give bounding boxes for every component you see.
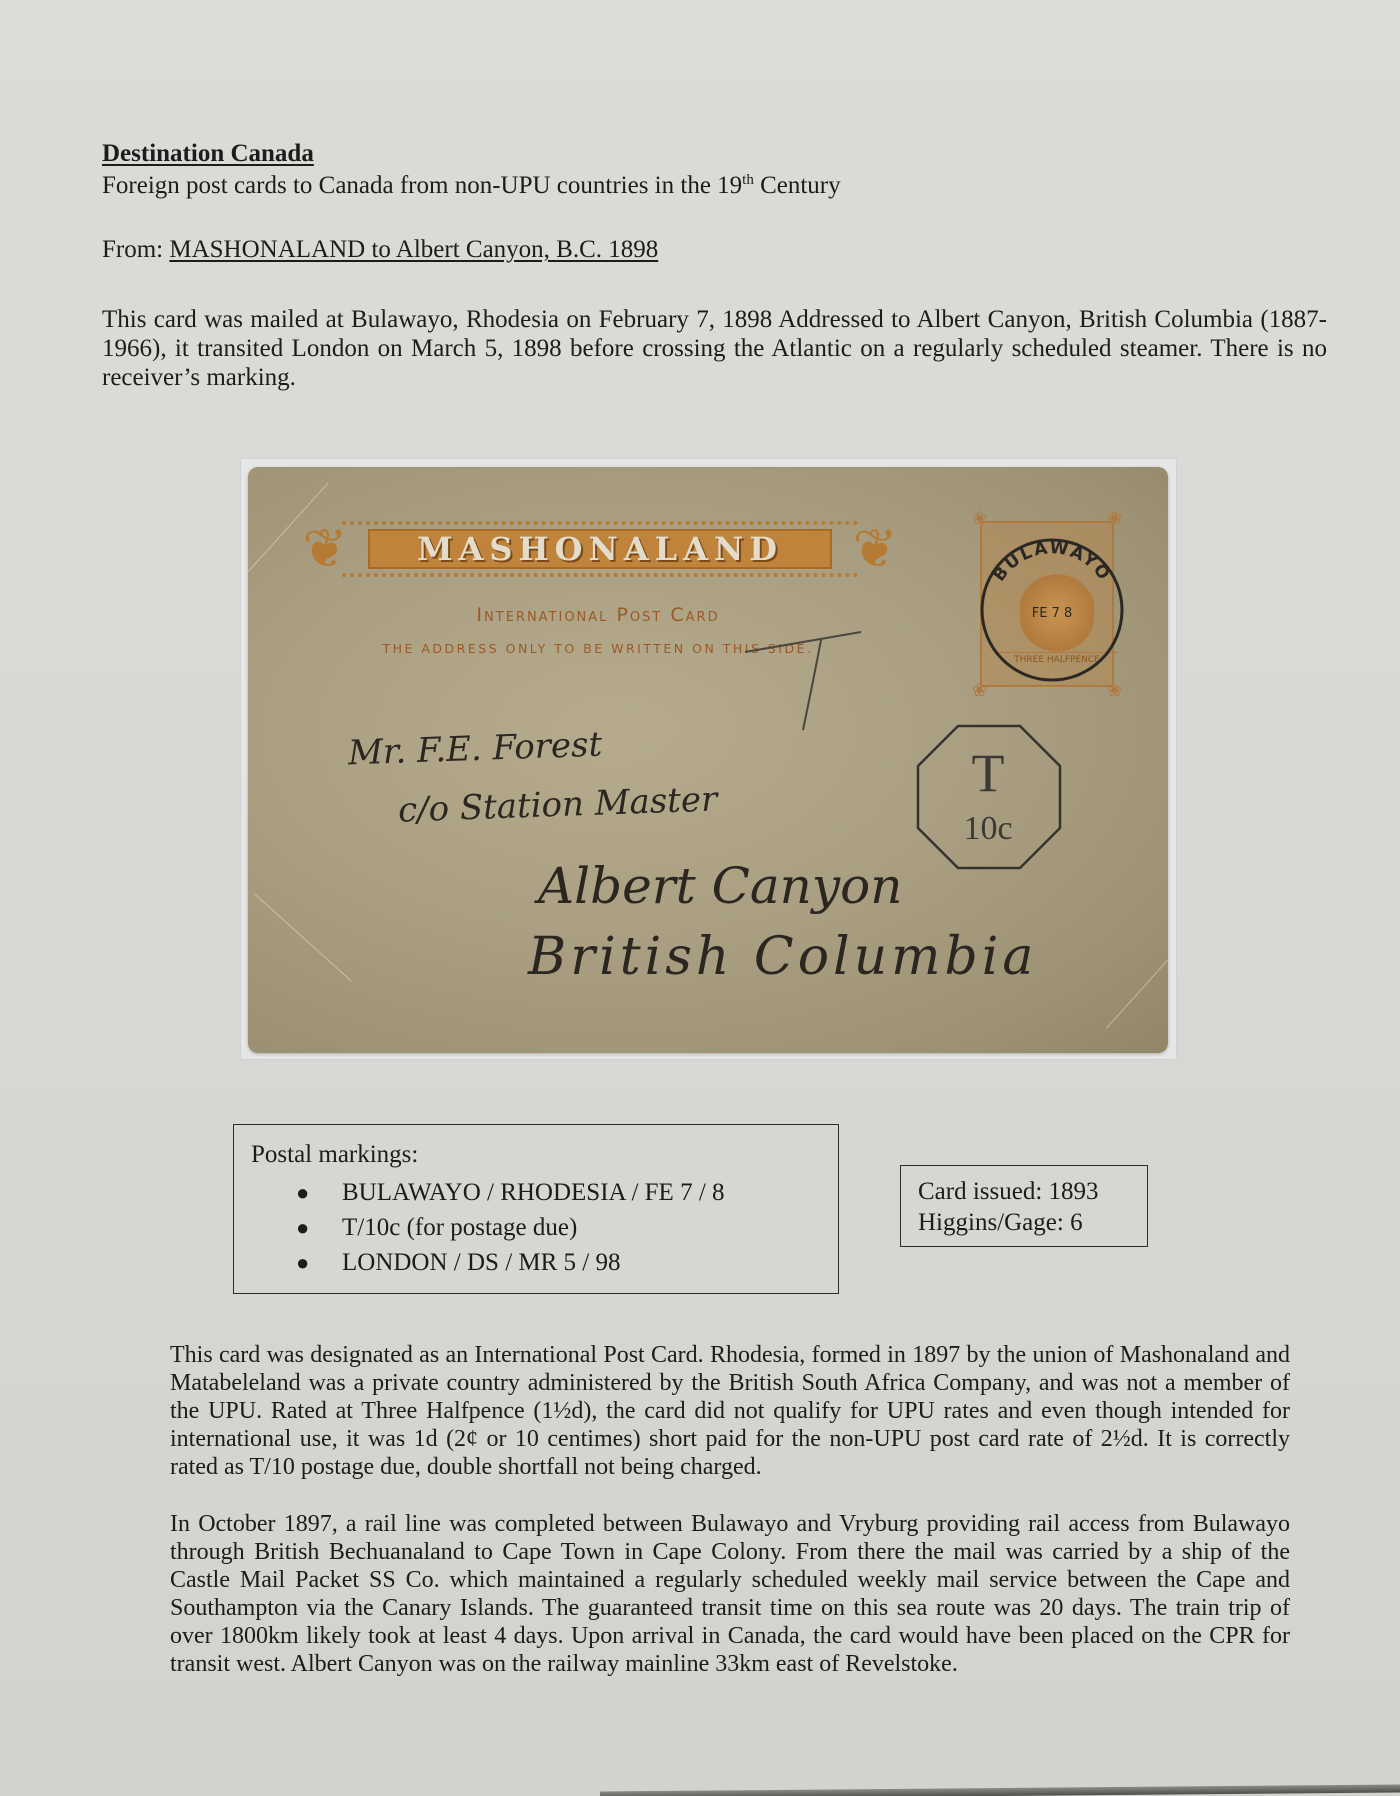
corner-crease bbox=[1106, 946, 1168, 1028]
svg-text:BULAWAYO: BULAWAYO bbox=[989, 538, 1114, 586]
ornament-icon: ❦ bbox=[850, 515, 900, 583]
pencil-rate-mark bbox=[743, 622, 863, 732]
postal-markings-box: Postal markings: ●BULAWAYO / RHODESIA / … bbox=[233, 1124, 839, 1294]
page-title: Destination Canada bbox=[102, 140, 314, 168]
page-edge bbox=[600, 1785, 1400, 1796]
address-line: Albert Canyon bbox=[538, 857, 902, 915]
body-paragraph: In October 1897, a rail line was complet… bbox=[170, 1510, 1290, 1678]
list-item: ●LONDON / DS / MR 5 / 98 bbox=[296, 1245, 725, 1280]
postage-due-marking: T 10c bbox=[912, 722, 1064, 872]
list-item: ●BULAWAYO / RHODESIA / FE 7 / 8 bbox=[296, 1175, 725, 1210]
address-line: Mr. F.E. Forest bbox=[347, 725, 602, 774]
bullet-icon: ● bbox=[296, 1210, 309, 1245]
svg-text:FE 7 8: FE 7 8 bbox=[1032, 606, 1073, 621]
corner-crease bbox=[254, 894, 351, 982]
country-name: MASHONALAND bbox=[417, 530, 783, 568]
exhibit-page: Destination Canada Foreign post cards to… bbox=[0, 0, 1400, 1796]
bullet-icon: ● bbox=[296, 1175, 309, 1210]
bulawayo-postmark: BULAWAYO FE 7 8 bbox=[977, 535, 1127, 685]
list-item: ●T/10c (for postage due) bbox=[296, 1210, 725, 1245]
route-text: MASHONALAND to Albert Canyon, B.C. 1898 bbox=[169, 236, 658, 263]
bullet-icon: ● bbox=[296, 1245, 309, 1280]
intro-paragraph: This card was mailed at Bulawayo, Rhodes… bbox=[102, 305, 1327, 392]
card-issued: Card issued: 1893 bbox=[918, 1176, 1147, 1207]
card-info-box: Card issued: 1893 Higgins/Gage: 6 bbox=[900, 1165, 1148, 1247]
postal-markings-list: ●BULAWAYO / RHODESIA / FE 7 / 8 ●T/10c (… bbox=[296, 1175, 725, 1280]
address-line: British Columbia bbox=[528, 927, 1037, 987]
postal-markings-title: Postal markings: bbox=[251, 1141, 418, 1169]
post-card: ❦ MASHONALAND ❦ International Post Card … bbox=[248, 467, 1168, 1053]
page-subtitle: Foreign post cards to Canada from non-UP… bbox=[102, 172, 841, 200]
catalog-number: Higgins/Gage: 6 bbox=[918, 1207, 1147, 1238]
route-line: From: MASHONALAND to Albert Canyon, B.C.… bbox=[102, 236, 658, 264]
body-paragraph: This card was designated as an Internati… bbox=[170, 1341, 1290, 1481]
address-line: c/o Station Master bbox=[397, 779, 717, 830]
country-banner: ❦ MASHONALAND ❦ bbox=[300, 515, 900, 583]
